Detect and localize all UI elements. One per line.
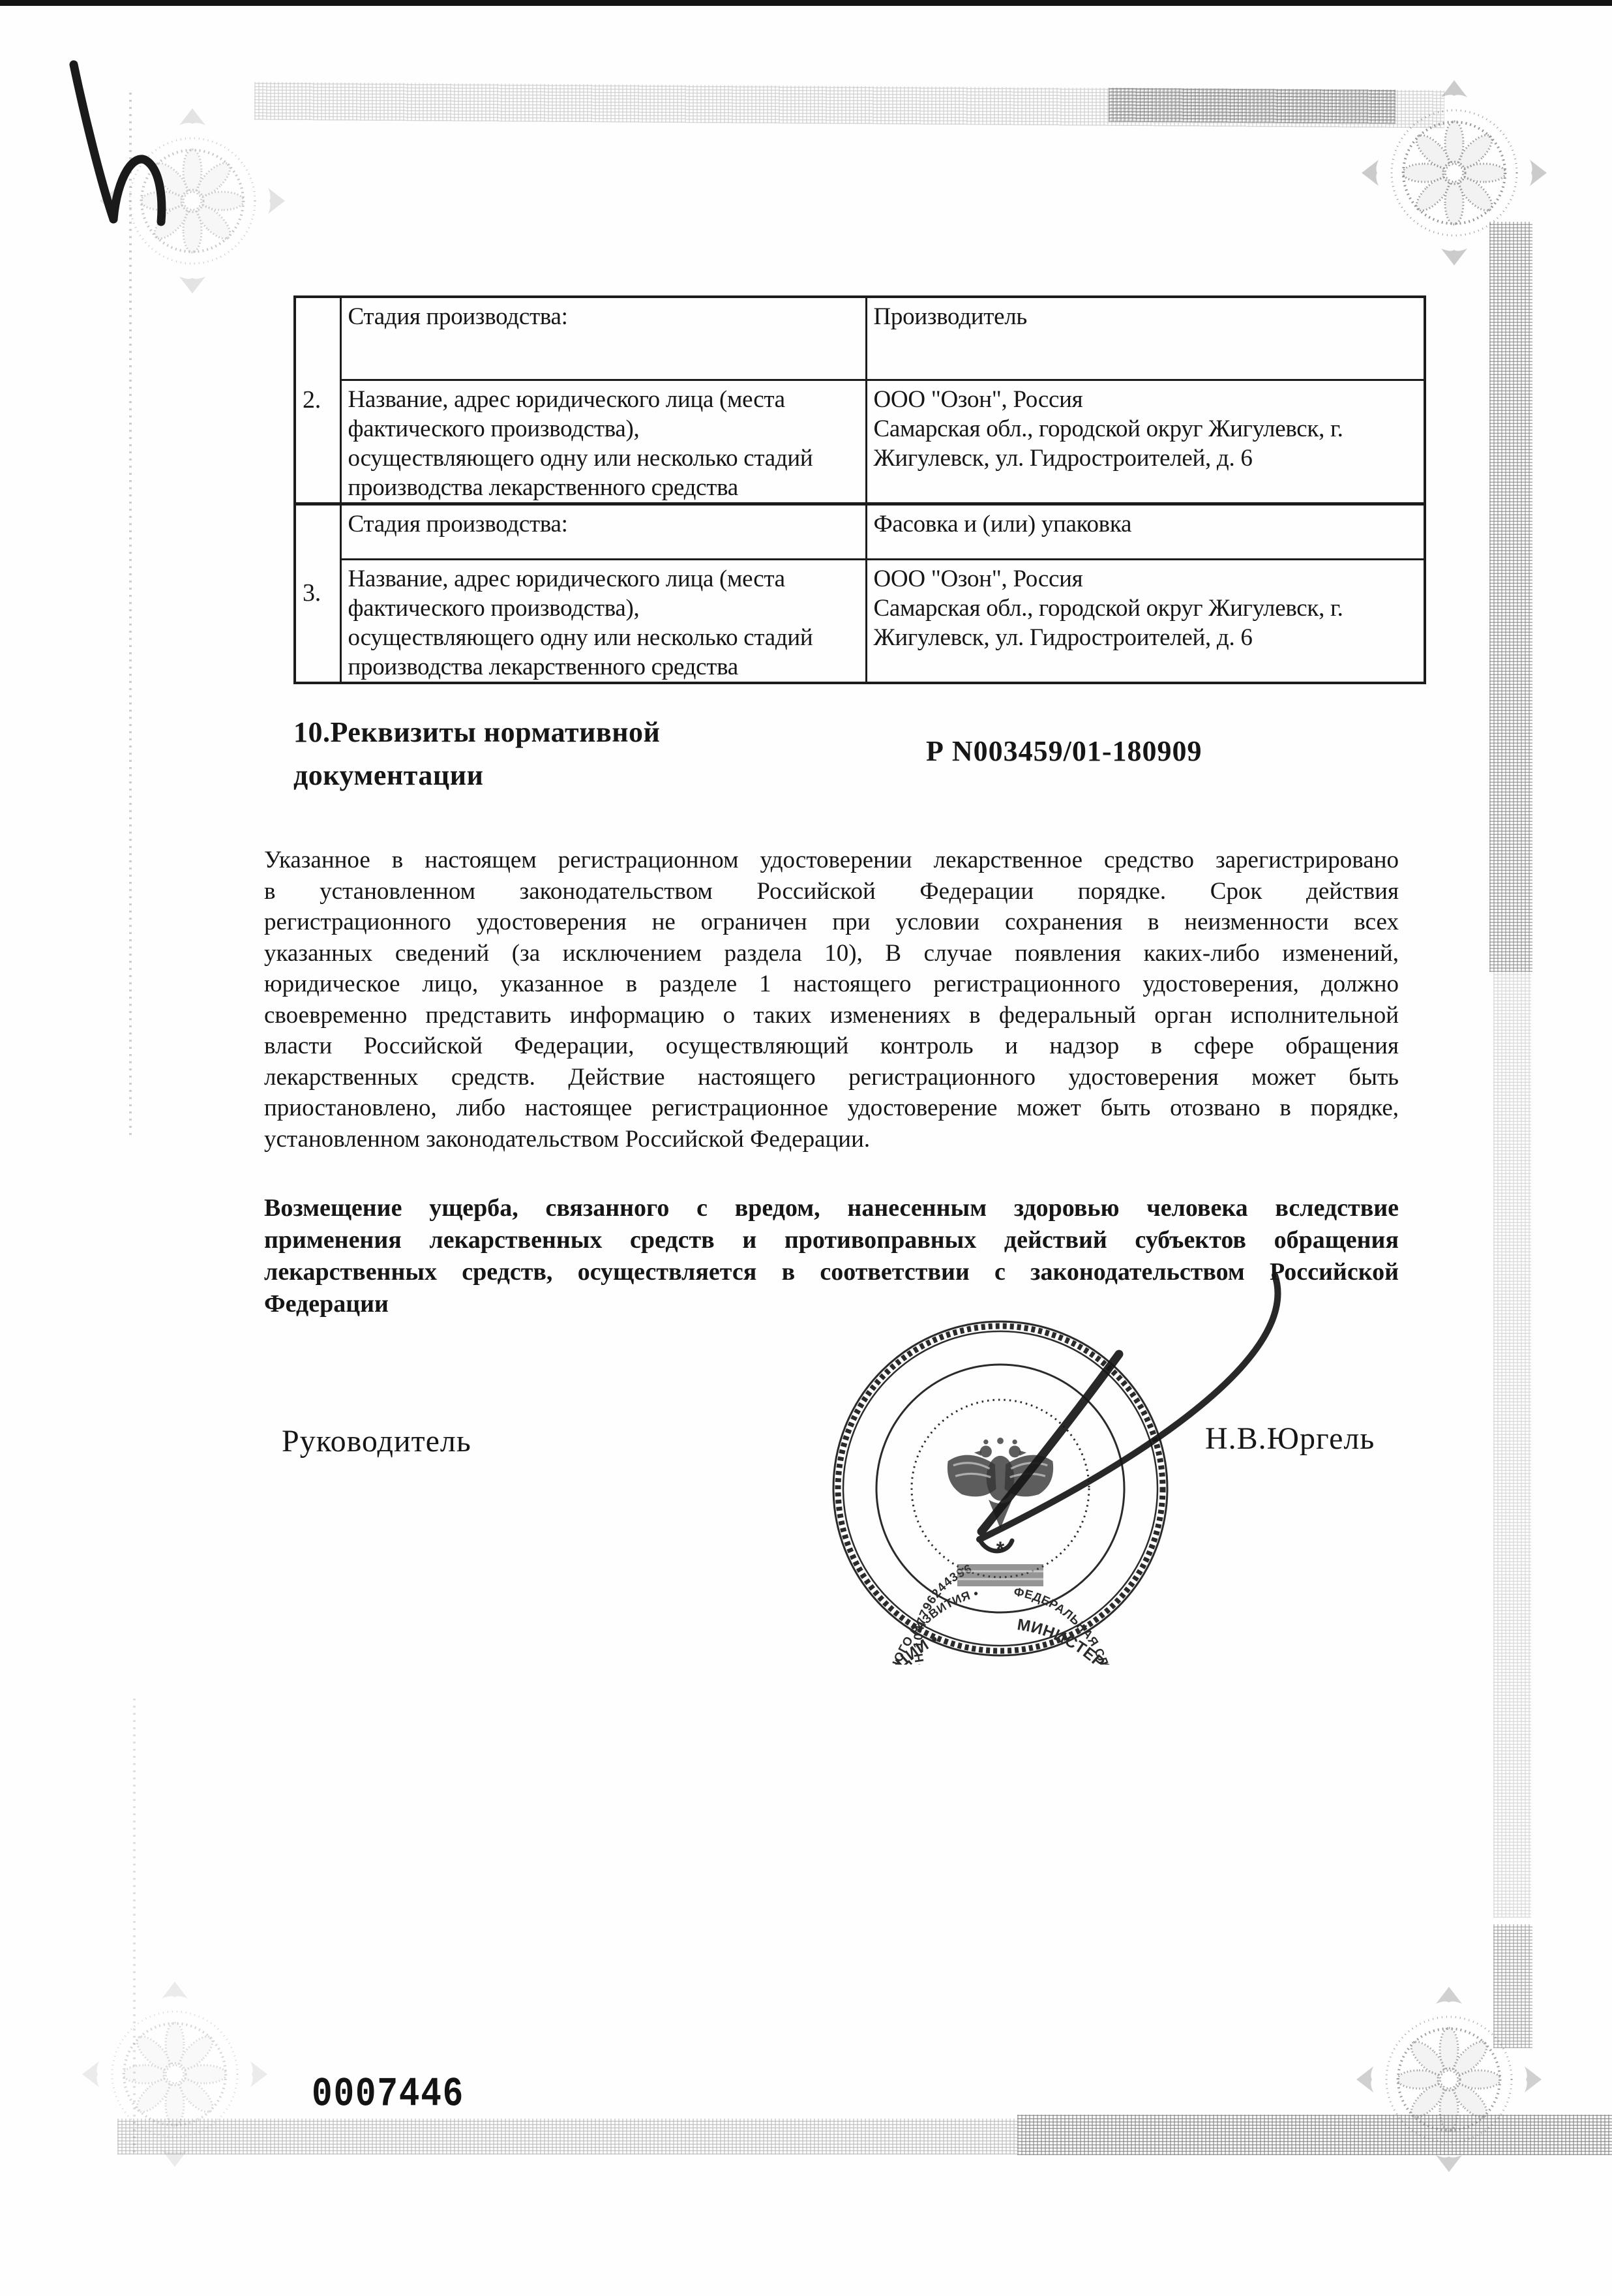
certificate-terms-paragraph: Указанное в настоящем регистрационном уд…	[264, 845, 1399, 1155]
paragraph-line: в установленном законодательством Россий…	[264, 876, 1399, 907]
signatory-role-label: Руководитель	[282, 1423, 471, 1459]
corner-rosette-bottom-right	[1351, 1982, 1547, 2177]
paragraph-line: установленном законодательством Российск…	[264, 1124, 1399, 1155]
legal-entity-value-cell: ООО "Озон", Россия Самарская обл., город…	[866, 380, 1425, 504]
production-stages-table: 2. Стадия производства: Производитель На…	[293, 295, 1426, 684]
manufacturer-header-cell: Производитель	[866, 297, 1425, 380]
stage-label-cell: Стадия производства:	[340, 504, 866, 559]
scan-noise-right-band-faint	[1493, 972, 1531, 1918]
legal-entity-label-cell: Название, адрес юридического лица (места…	[340, 559, 866, 683]
paragraph-line: указанных сведений (за исключением разде…	[264, 938, 1399, 969]
scan-top-edge	[0, 0, 1612, 6]
paragraph-line: лекарственных средств. Действие настояще…	[264, 1062, 1399, 1093]
paragraph-line: приостановлено, либо настоящее регистрац…	[264, 1093, 1399, 1124]
legal-entity-value-cell: ООО "Озон", Россия Самарская обл., город…	[866, 559, 1425, 683]
scan-noise-right-band	[1489, 222, 1532, 972]
paragraph-line: власти Российской Федерации, осуществляю…	[264, 1031, 1399, 1062]
row-number-3: 3.	[295, 504, 340, 683]
scan-noise-streak-top-dark	[1109, 87, 1396, 123]
pen-signature	[900, 1239, 1330, 1578]
stage-label-cell: Стадия производства:	[340, 297, 866, 380]
paragraph-line: Указанное в настоящем регистрационном уд…	[264, 845, 1399, 876]
paragraph-line: Возмещение ущерба, связанного с вредом, …	[264, 1192, 1399, 1224]
paragraph-line: юридическое лицо, указанное в разделе 1 …	[264, 969, 1399, 1000]
paragraph-line: регистрационного удостоверения не ограни…	[264, 907, 1399, 938]
stage-value-cell: Фасовка и (или) упаковка	[866, 504, 1425, 559]
certificate-scan-page: 2. Стадия производства: Производитель На…	[0, 0, 1612, 2296]
registration-number: Р N003459/01-180909	[926, 734, 1202, 768]
row-number-2: 2.	[295, 297, 340, 504]
section-10-heading: 10.Реквизиты нормативной документации	[293, 711, 750, 797]
handwritten-pen-mark	[59, 52, 176, 235]
corner-rosette-top-right	[1356, 75, 1552, 271]
form-serial-number: 0007446	[312, 2072, 464, 2118]
corner-rosette-bottom-left	[77, 1976, 273, 2172]
legal-entity-label-cell: Название, адрес юридического лица (места…	[340, 380, 866, 504]
paragraph-line: своевременно представить информацию о та…	[264, 1000, 1399, 1031]
